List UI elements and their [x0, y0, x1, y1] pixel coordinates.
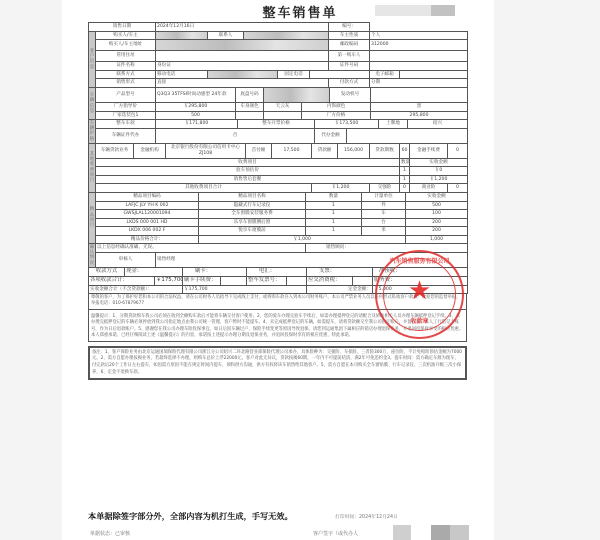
document-title: 整车销售单: [0, 2, 600, 21]
buyer-value: [156, 31, 208, 40]
postcode-label: 邮政编码: [329, 40, 370, 51]
net-received-label: 实收金额合计（不含贷款额）：: [89, 285, 183, 294]
sale-date-value: 2024年12月16日: [156, 23, 329, 32]
vehicle-info-table: 车辆信息 产品型号 Q3Q3 35TFSI时尚动感型 24年款 底盘号码 发动机…: [88, 87, 468, 120]
loan-business-label: 车辆贷款业务: [96, 143, 134, 158]
invoice-no-label: 整车发票号：: [247, 276, 287, 285]
seal-star-icon: ★: [377, 276, 462, 306]
interior-color-label: 内饰颜色: [302, 103, 371, 112]
acc-qty: 1: [306, 227, 362, 236]
document-status: 单据状态：已审核: [90, 530, 130, 537]
reviewer-label: 审核人: [96, 252, 156, 267]
loan-amount-value: 156,000: [338, 143, 370, 158]
redacted-signature: [431, 525, 469, 540]
residence-value: [156, 51, 329, 62]
model-value: Q3Q3 35TFSI时尚动感型 24年款: [156, 88, 236, 103]
seal-bottom-text: 收款章: [377, 316, 462, 325]
accessory-row: LKDX 006 002 F 悦享车窗膜前 1 米 200: [89, 227, 468, 236]
serial-label: 编号：: [329, 23, 370, 32]
agency-fee-value: [347, 128, 468, 143]
print-time: 打印时间：2024年12月24日: [335, 513, 398, 520]
total-received-label: 各项收款合计：: [89, 276, 155, 285]
redacted-serial-number: [375, 5, 455, 16]
section-confirm: 确认情况: [89, 244, 96, 268]
body-color-label: 车身颜色: [236, 103, 264, 112]
email-value: [400, 70, 468, 79]
loan-amount-label: 贷款额: [312, 143, 338, 158]
acc-unit: 台: [362, 218, 406, 227]
invoice-price-value: ￥173,500: [315, 120, 379, 129]
owner-nature-value: 个人: [370, 31, 468, 40]
landline-label: 固定电话: [278, 70, 310, 79]
acc-name-header: 精品项目名称: [199, 193, 306, 202]
loan-term-label: 贷款期数: [370, 143, 400, 158]
landline-value: [310, 70, 370, 79]
contact-method-label: 联系方式: [96, 70, 156, 79]
fee-qty: 1: [400, 175, 410, 184]
model-label: 产品型号: [96, 88, 156, 103]
sale-date-label: 销售日期: [89, 23, 156, 32]
redacted-signature: [393, 525, 411, 540]
sales-type-value: 直接: [156, 79, 329, 88]
vehicle-payment-value: ￥171,800: [156, 120, 238, 129]
accessories-table: 精品项目 精品项目编码 精品项目名称 数量 计量单位 实收金额 LAFJC JL…: [88, 192, 468, 244]
payment-method-label: 付款方式: [329, 79, 370, 88]
vehicle-payment-label: 整车车款: [96, 120, 156, 129]
seal-text: 汽车销售服务有限公司: [377, 256, 462, 265]
agency-value: 否: [156, 128, 315, 143]
acc-amount-header: 实收金额: [406, 193, 468, 202]
mobile-label: 移动电话: [156, 70, 208, 79]
consumption-tax-value: [353, 276, 373, 285]
institution-value: 北京银行股份有限公司信用卡中心 ZJ108: [166, 143, 246, 158]
total-received-value: ￥175,700: [155, 276, 183, 285]
contact-label: 联系人: [208, 31, 244, 40]
vin-label: 底盘号码: [236, 88, 264, 103]
acc-amount: 200: [406, 227, 468, 236]
acc-qty: 1: [306, 218, 362, 227]
deposit-label: 定金金额：: [307, 285, 373, 294]
id-number-label: 证件号码: [329, 62, 370, 71]
net-received-value: ￥175,700: [183, 285, 307, 294]
acc-unit: 米: [362, 227, 406, 236]
consumption-tax-label: 应交消费税：: [307, 276, 353, 285]
payment-method-value: 分期: [370, 79, 468, 88]
engine-value: [371, 88, 468, 103]
customer-signature-label: 客户签字（或代办人: [313, 530, 358, 537]
compulsory-ins-label: 交强险: [370, 184, 400, 193]
accessory-row: GWSJLAL120001094 全车窗膜安装服务费 1 车 100: [89, 210, 468, 219]
first-buyer-value: [370, 51, 468, 62]
fee-amount: ￥1,200: [410, 175, 468, 184]
id-type-label: 证件名称: [96, 62, 156, 71]
company-seal: 汽车销售服务有限公司 ★ 收款章: [375, 250, 464, 339]
check-label: 支票：: [307, 267, 373, 276]
postcode-value: 312000: [370, 40, 468, 51]
accessory-row: LAFJC JLY YH K 002 隐藏式行车记录仪 1 件 500: [89, 201, 468, 210]
institution-label: 金融机构: [134, 143, 166, 158]
acc-unit: 件: [362, 201, 406, 210]
email-label: 电子邮箱: [370, 70, 400, 79]
vin-value: [264, 88, 330, 103]
agency-label: 车辆证件代办: [96, 128, 156, 143]
other-fees-table: 其他收费项目 车辆贷款业务 金融机构 北京银行股份有限公司信用卡中心 ZJ108…: [88, 143, 468, 194]
acc-qty: 1: [306, 210, 362, 219]
mobile-value: [208, 70, 278, 79]
down-payment-label: 首付额: [246, 143, 272, 158]
contact-value: [244, 31, 329, 40]
id-type-value: 身份证: [156, 62, 329, 71]
fee-subtotal-label: 其他收费项目合计: [96, 184, 312, 193]
owner-nature-label: 车主性质: [329, 31, 370, 40]
address-label: 购买人/车主地址: [96, 40, 156, 51]
machine-print-disclaimer: 本单据除签字部分外，全部内容为机打生成，手写无效。: [88, 511, 293, 522]
section-accessories: 精品项目: [89, 193, 96, 244]
acc-amount: 100: [406, 210, 468, 219]
acc-unit-header: 计量单位: [362, 193, 406, 202]
invoice-price-label: 整车开票价格: [238, 120, 315, 129]
commercial-ins-label: 商业险: [410, 184, 448, 193]
buyer-label: 购买人/车主: [96, 31, 156, 40]
fee-qty-header: 数量: [400, 158, 410, 167]
section-vehicle-info: 车辆信息: [89, 88, 96, 120]
fee-row: 销售售后套餐 1 ￥1,200: [89, 175, 468, 184]
card-label: 刷卡：: [183, 267, 247, 276]
plate-location-label: 上牌地: [379, 120, 408, 129]
acc-code-header: 精品项目编码: [96, 193, 199, 202]
finance-fee-value: 0: [448, 143, 468, 158]
acc-name: 全车窗膜安装服务费: [199, 210, 306, 219]
down-payment-value: 17,500: [272, 143, 312, 158]
commercial-ins-value: 0: [448, 184, 468, 193]
section-vehicle-price: 车辆价格: [89, 120, 96, 144]
msrp-value: ￥295,800: [156, 103, 236, 112]
fee-qty: 1: [400, 167, 410, 176]
residence-label: 常用住址: [96, 51, 156, 62]
serial-value: [370, 23, 468, 32]
section-customer: 客户信息: [89, 31, 96, 88]
salesperson-label: 销售顾问：: [306, 244, 468, 253]
acc-name: 乐享车窗膜侧后窗: [199, 218, 306, 227]
acc-code: LKDX 006 002 F: [96, 227, 199, 236]
customer-info-table: 销售日期 2024年12月16日 编号： 客户信息 购买人/车主 联系人 车主性…: [88, 22, 468, 88]
vehicle-price-table: 车辆价格 整车车款 ￥171,800 整车开票价格 ￥173,500 上牌地 绍…: [88, 119, 468, 144]
plate-location-value: 绍兴: [408, 120, 468, 129]
acc-code: GWSJLAL120001094: [96, 210, 199, 219]
invoice-no-value: [287, 276, 307, 285]
engine-label: 发动机号: [330, 88, 371, 103]
acc-name: 悦享车窗膜前: [199, 227, 306, 236]
fee-row: 验车预估价 1 ￥0: [89, 167, 468, 176]
card-fee-label: 刷卡手续费：: [183, 276, 221, 285]
remarks: 备注：1、客户保险业务由北京运通国瑞保险代理有限公司浙江分公司绍兴二环北路营业部…: [88, 346, 467, 381]
card-fee-value: [221, 276, 247, 285]
body-color-value: 天云灰: [264, 103, 302, 112]
cash-label: 现金：: [125, 267, 183, 276]
acc-name: 隐藏式行车记录仪: [199, 201, 306, 210]
fee-item: 销售售后套餐: [96, 175, 400, 184]
fee-amount-header: 实收金额: [410, 158, 468, 167]
section-other-fees: 其他收费项目: [89, 143, 96, 193]
acc-unit: 车: [362, 210, 406, 219]
loan-term-value: 60: [400, 143, 410, 158]
fee-item-header: 收费项目: [96, 158, 400, 167]
acc-amount: 500: [406, 201, 468, 210]
fee-item: 验车预估价: [96, 167, 400, 176]
agency-fee-label: 代办金额: [315, 128, 347, 143]
finance-fee-label: 金融手续费: [410, 143, 448, 158]
wire-label: 电汇：: [247, 267, 307, 276]
print-time-value: 2024年12月24日: [359, 515, 398, 520]
sales-type-label: 销售形式: [96, 79, 156, 88]
accessory-row: LKDS 000 001 HD 乐享车窗膜侧后窗 1 台 200: [89, 218, 468, 227]
acc-amount: 200: [406, 218, 468, 227]
fee-amount: ￥0: [410, 167, 468, 176]
confirm-statement: 以上信息经确认准确、无误。: [96, 244, 306, 253]
fee-subtotal-value: ￥1,200: [312, 184, 370, 193]
acc-code: LAFJC JLY YH K 002: [96, 201, 199, 210]
acc-code: LKDS 000 001 HD: [96, 218, 199, 227]
msrp-label: 厂方指导价: [96, 103, 156, 112]
acc-qty: 1: [306, 201, 362, 210]
print-time-label: 打印时间：: [335, 515, 359, 520]
interior-color-value: 黑: [371, 103, 468, 112]
first-buyer-label: 第一购车人: [329, 51, 370, 62]
acc-qty-header: 数量: [306, 193, 362, 202]
payment-method-label: 收款方式: [89, 267, 125, 276]
id-number-value: [370, 62, 468, 71]
address-value: [156, 40, 329, 51]
compulsory-ins-value: 0: [400, 184, 410, 193]
